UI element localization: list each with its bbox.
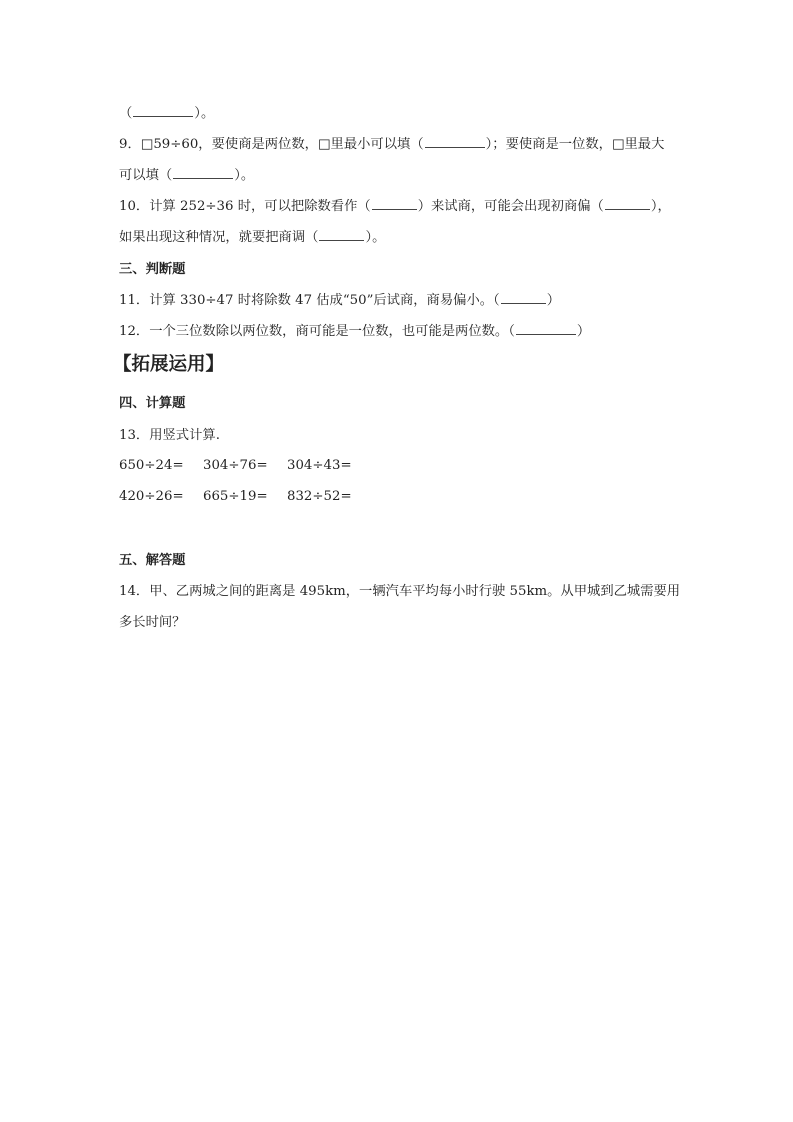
answer-blank[interactable] [425,135,485,148]
q11-text: 11．计算 330÷47 时将除数 47 估成“50”后试商，商易偏小。（ [119,293,500,308]
calc-item: 420÷26= [119,489,203,504]
answer-blank[interactable] [605,197,650,210]
q14-line2: 多长时间？ [119,614,185,632]
calc-item: 665÷19= [203,489,287,504]
q13-prompt: 13．用竖式计算. [119,427,220,445]
extension-title: 【拓展运用】 [113,356,224,374]
answer-blank[interactable] [173,166,233,179]
answer-blank[interactable] [501,291,546,304]
answer-blank[interactable] [372,197,417,210]
calc-item: 650÷24= [119,458,203,473]
answer-blank[interactable] [133,104,193,117]
q14-line1: 14．甲、乙两城之间的距离是 495km，一辆汽车平均每小时行驶 55km。从甲… [119,583,680,601]
q9-text: 9．□59÷60，要使商是两位数，□里最小可以填（ [119,137,424,152]
q9-line1: 9．□59÷60，要使商是两位数，□里最小可以填（）；要使商是一位数，□里最大 [119,135,664,154]
q10-text: ）， [651,199,671,214]
q10-text: 如果出现这种情况，就要把商调（ [119,230,318,245]
calc-row-2: 420÷26=665÷19=832÷52= [119,489,371,504]
q11: 11．计算 330÷47 时将除数 47 估成“50”后试商，商易偏小。（） [119,291,560,310]
q12-text: 12．一个三位数除以两位数，商可能是一位数，也可能是两位数。（ [119,324,515,339]
q10-text: ）来试商，可能会出现初商偏（ [418,199,604,214]
paren-open: （ [119,106,132,121]
q9-line2: 可以填（）。 [119,166,254,185]
section-title-word-problems: 五、解答题 [119,552,185,570]
q9-text: 可以填（ [119,168,172,183]
q8-tail: （）。 [119,104,214,123]
q10-text: ）。 [365,230,385,245]
section-title-judgement: 三、判断题 [119,261,185,279]
answer-blank[interactable] [516,322,576,335]
answer-blank[interactable] [319,228,364,241]
calc-item: 304÷76= [203,458,287,473]
q11-text: ） [547,293,560,308]
q10-line2: 如果出现这种情况，就要把商调（）。 [119,228,385,247]
paren-close: ）。 [194,106,214,121]
calc-row-1: 650÷24=304÷76=304÷43= [119,458,371,473]
q9-text: ）。 [234,168,254,183]
q10-text: 10．计算 252÷36 时，可以把除数看作（ [119,199,371,214]
q10-line1: 10．计算 252÷36 时，可以把除数看作（）来试商，可能会出现初商偏（）， [119,197,671,216]
section-title-calculation: 四、计算题 [119,395,185,413]
q12-text: ） [577,324,590,339]
q9-text: ）；要使商是一位数，□里最大 [486,137,665,152]
calc-item: 304÷43= [287,458,371,473]
q12: 12．一个三位数除以两位数，商可能是一位数，也可能是两位数。（） [119,322,590,341]
calc-item: 832÷52= [287,489,371,504]
